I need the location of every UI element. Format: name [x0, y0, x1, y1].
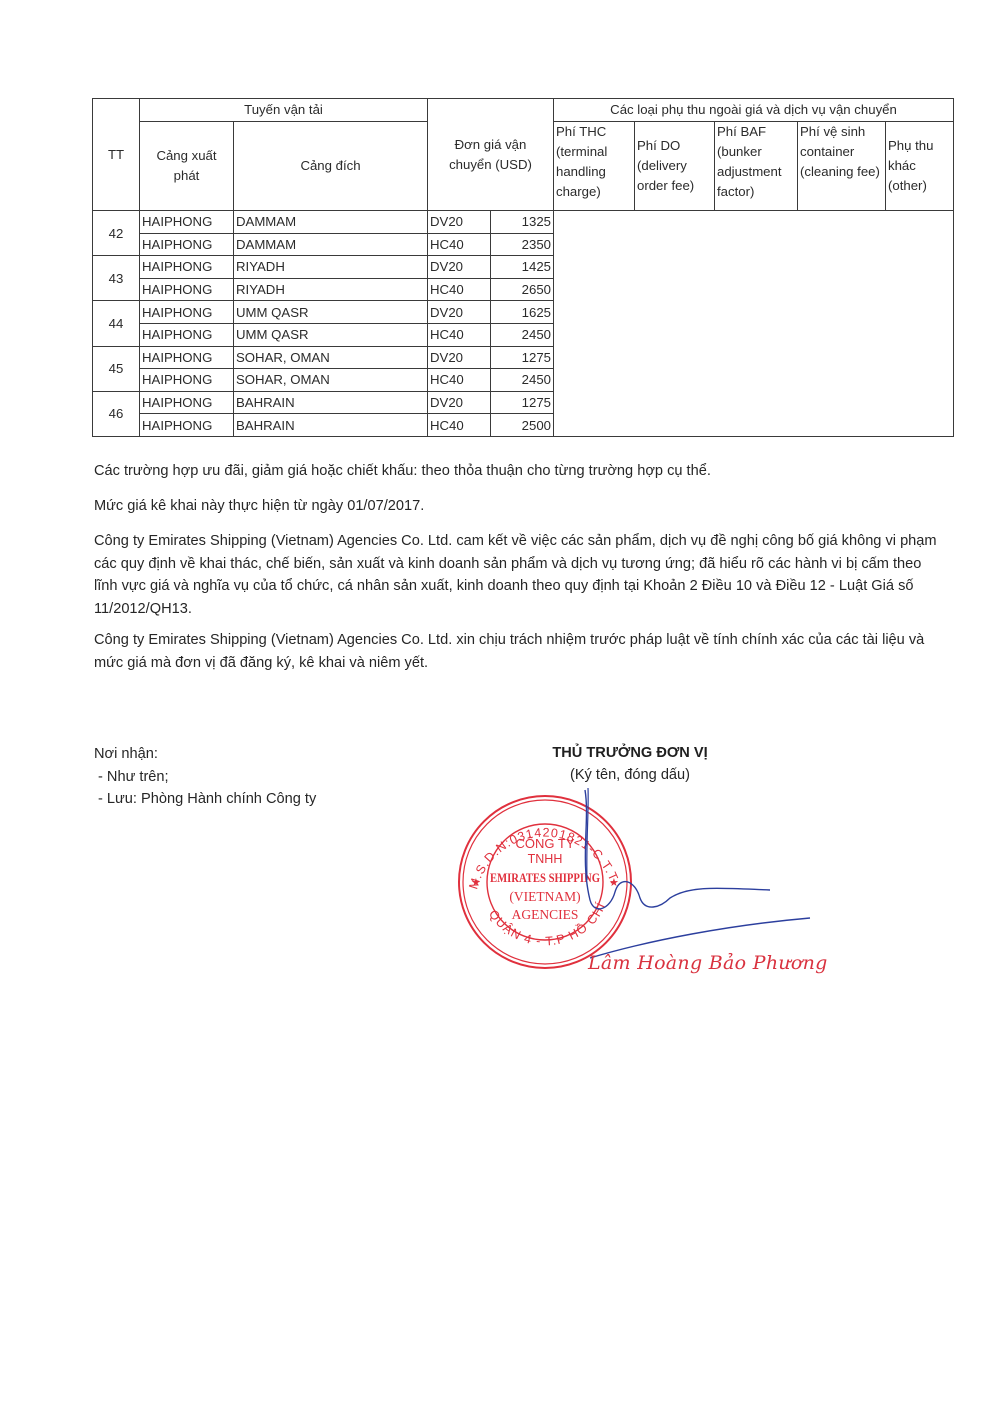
svg-text:★: ★ [471, 877, 481, 889]
origin-cell: HAIPHONG [140, 301, 234, 324]
price-cell: 1325 [491, 211, 554, 234]
destination-cell: UMM QASR [234, 323, 428, 346]
price-cell: 1425 [491, 256, 554, 279]
header-origin: Cảng xuất phát [140, 122, 234, 211]
origin-cell: HAIPHONG [140, 414, 234, 437]
table-row: 42HAIPHONGDAMMAMDV201325 [93, 211, 954, 234]
commitment-note: Công ty Emirates Shipping (Vietnam) Agen… [94, 530, 944, 620]
header-cleaning: Phí vệ sinh container (cleaning fee) [798, 122, 886, 211]
recipients-block: Nơi nhận: - Như trên; - Lưu: Phòng Hành … [94, 743, 316, 811]
discount-note: Các trường hợp ưu đãi, giảm giá hoặc chi… [94, 460, 944, 483]
destination-cell: BAHRAIN [234, 414, 428, 437]
row-number: 45 [93, 346, 140, 391]
signer-title: THỦ TRƯỞNG ĐƠN VỊ [480, 742, 780, 764]
container-type-cell: DV20 [428, 211, 491, 234]
container-type-cell: HC40 [428, 414, 491, 437]
price-cell: 2350 [491, 233, 554, 256]
container-type-cell: HC40 [428, 369, 491, 392]
destination-cell: SOHAR, OMAN [234, 346, 428, 369]
destination-cell: BAHRAIN [234, 391, 428, 414]
destination-cell: RIYADH [234, 278, 428, 301]
destination-cell: RIYADH [234, 256, 428, 279]
recipients-label: Nơi nhận: [94, 743, 316, 766]
recipient-item: - Lưu: Phòng Hành chính Công ty [94, 788, 316, 811]
price-cell: 2650 [491, 278, 554, 301]
header-tt: TT [93, 99, 140, 211]
price-cell: 1275 [491, 346, 554, 369]
destination-cell: DAMMAM [234, 233, 428, 256]
destination-cell: SOHAR, OMAN [234, 369, 428, 392]
row-number: 44 [93, 301, 140, 346]
header-surcharge-group: Các loại phụ thu ngoài giá và dịch vụ vậ… [554, 99, 954, 122]
container-type-cell: DV20 [428, 346, 491, 369]
price-cell: 2450 [491, 369, 554, 392]
origin-cell: HAIPHONG [140, 278, 234, 301]
responsibility-note: Công ty Emirates Shipping (Vietnam) Agen… [94, 629, 944, 674]
price-cell: 2500 [491, 414, 554, 437]
container-type-cell: HC40 [428, 278, 491, 301]
destination-cell: DAMMAM [234, 211, 428, 234]
origin-cell: HAIPHONG [140, 323, 234, 346]
destination-cell: UMM QASR [234, 301, 428, 324]
header-price: Đơn giá vận chuyển (USD) [428, 99, 554, 211]
rate-table-body: 42HAIPHONGDAMMAMDV201325HAIPHONGDAMMAMHC… [93, 211, 954, 437]
container-type-cell: DV20 [428, 301, 491, 324]
price-cell: 2450 [491, 323, 554, 346]
recipient-item: - Như trên; [94, 766, 316, 789]
container-type-cell: DV20 [428, 256, 491, 279]
container-type-cell: HC40 [428, 323, 491, 346]
header-route-group: Tuyến vận tải [140, 99, 428, 122]
signer-name: Lâm Hoàng Bảo Phương [588, 952, 828, 974]
surcharge-empty-cell [554, 211, 954, 437]
price-cell: 1625 [491, 301, 554, 324]
header-other: Phụ thu khác (other) [886, 122, 954, 211]
header-baf: Phí BAF (bunker adjustment factor) [715, 122, 798, 211]
container-type-cell: HC40 [428, 233, 491, 256]
row-number: 46 [93, 391, 140, 436]
signature-scribble-icon [560, 780, 820, 980]
price-cell: 1275 [491, 391, 554, 414]
svg-text:TNHH: TNHH [528, 852, 563, 866]
row-number: 42 [93, 211, 140, 256]
header-do: Phí DO (delivery order fee) [635, 122, 715, 211]
origin-cell: HAIPHONG [140, 346, 234, 369]
origin-cell: HAIPHONG [140, 233, 234, 256]
header-destination: Cảng đích [234, 122, 428, 211]
header-thc: Phí THC (terminal handling charge) [554, 122, 635, 211]
row-number: 43 [93, 256, 140, 301]
container-type-cell: DV20 [428, 391, 491, 414]
origin-cell: HAIPHONG [140, 369, 234, 392]
origin-cell: HAIPHONG [140, 256, 234, 279]
origin-cell: HAIPHONG [140, 391, 234, 414]
rate-table: TT Tuyến vận tải Đơn giá vận chuyển (USD… [92, 98, 954, 437]
effective-date-note: Mức giá kê khai này thực hiện từ ngày 01… [94, 495, 944, 518]
origin-cell: HAIPHONG [140, 211, 234, 234]
